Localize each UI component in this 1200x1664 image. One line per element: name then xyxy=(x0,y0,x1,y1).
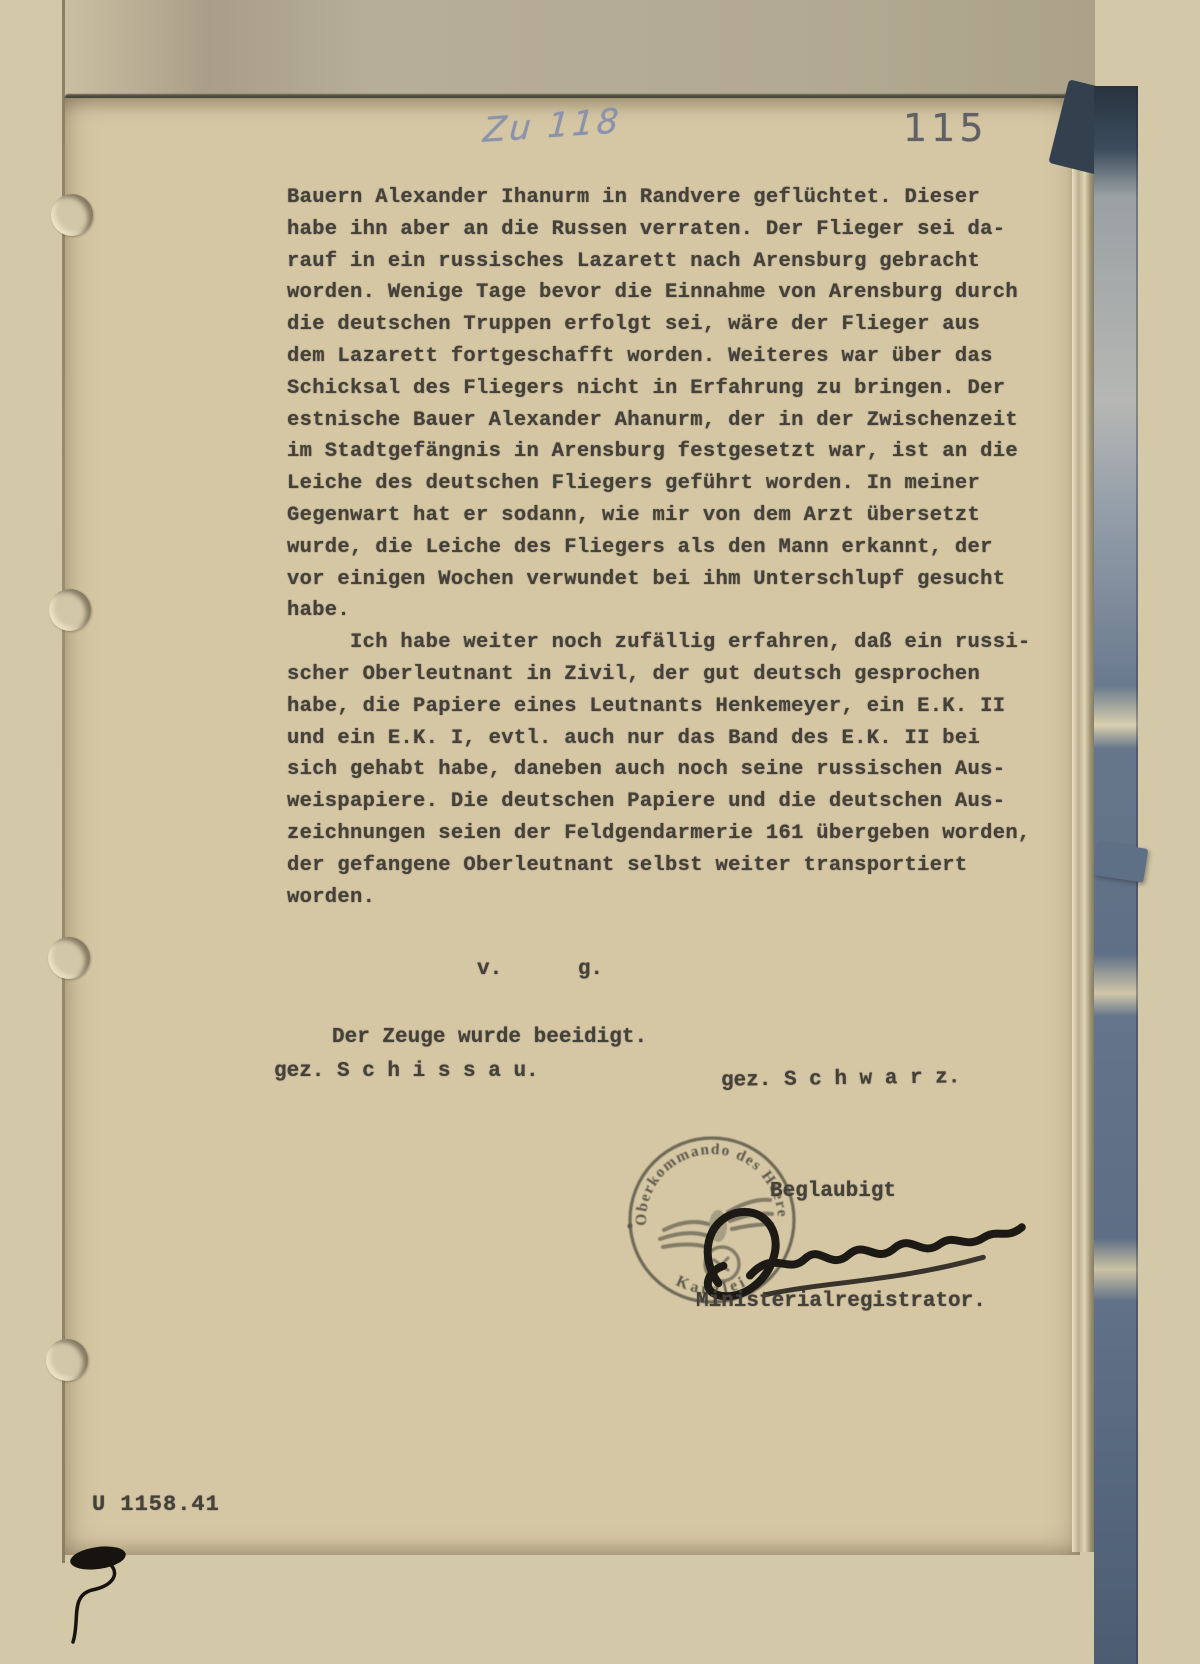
document-page: Zu 118 115 Bauern Alexander Ihanurm in R… xyxy=(65,98,1080,1555)
punch-hole xyxy=(46,1339,88,1381)
punch-hole xyxy=(48,937,90,979)
handwritten-pencil-annotation: Zu 118 xyxy=(482,101,623,151)
binding-thread xyxy=(18,1544,188,1664)
typed-signature-schissau: gez. S c h i s s a u. xyxy=(274,1060,539,1083)
typed-body-text: Bauern Alexander Ihanurm in Randvere gef… xyxy=(287,182,1031,913)
underlying-page-left-edge xyxy=(0,0,65,1563)
archive-reference-number: U 1158.41 xyxy=(92,1492,220,1517)
witness-sworn-line: Der Zeuge wurde beeidigt. xyxy=(332,1026,647,1049)
punch-hole xyxy=(49,589,91,631)
page-number: 115 xyxy=(903,106,988,150)
typed-signature-schwarz: gez. S c h w a r z. xyxy=(721,1066,961,1092)
vg-abbreviation: v. g. xyxy=(477,958,603,981)
stamp-dot xyxy=(627,1223,632,1228)
backdrop-top-edge xyxy=(65,0,1095,100)
page-stack-edges xyxy=(1072,100,1096,1552)
punch-hole xyxy=(51,194,93,236)
signer-title: Ministerialregistrator. xyxy=(696,1290,986,1313)
archive-scan: Zu 118 115 Bauern Alexander Ihanurm in R… xyxy=(0,0,1200,1664)
